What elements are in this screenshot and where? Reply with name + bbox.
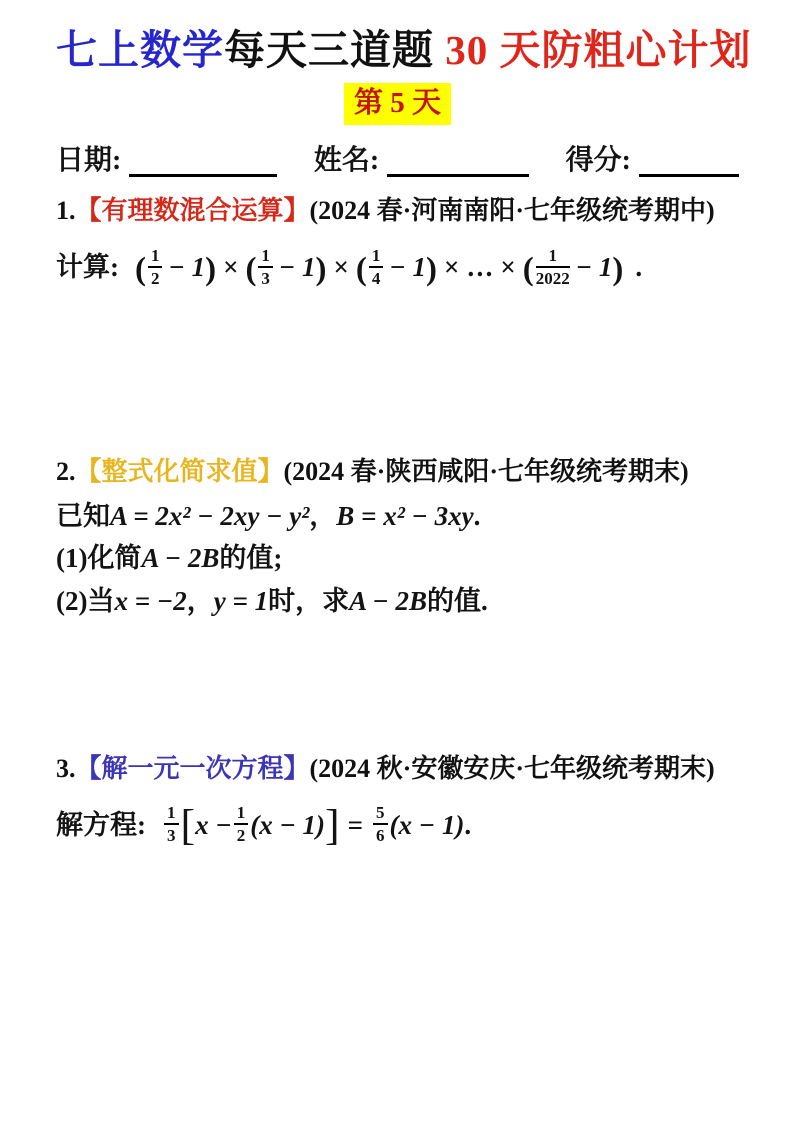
part-2-suffix: 的值.	[427, 586, 488, 616]
period: .	[635, 252, 642, 282]
close-paren: )	[612, 252, 623, 288]
fraction-numerator: 1	[148, 246, 163, 268]
open-paren: (	[356, 252, 367, 288]
score-label: 得分:	[566, 145, 631, 177]
fraction-1-4: 14	[369, 246, 384, 288]
times-sign: ×	[444, 252, 459, 282]
period: .	[464, 810, 471, 840]
fraction-numerator: 1	[164, 803, 179, 825]
times-sign: ×	[334, 252, 349, 282]
left-square-bracket: [	[181, 801, 196, 849]
problem-1: 1.【有理数混合运算】(2024 春·河南南阳·七年级统考期中) 计算:(12−…	[56, 193, 739, 294]
expression-a: A = 2x² − 2xy − y²	[110, 501, 309, 531]
title-part-red: 30 天防粗心计划	[445, 27, 751, 73]
fraction-denominator: 4	[369, 268, 384, 288]
fraction-5-6: 56	[373, 803, 388, 845]
problem-2-part-1: (1)化简A − 2B的值;	[56, 537, 739, 580]
close-paren: )	[316, 252, 327, 288]
minus-one: − 1	[389, 252, 426, 282]
times-sign: ×	[500, 252, 515, 282]
fraction-numerator: 1	[234, 803, 249, 825]
part-2-middle: 时，求	[268, 586, 349, 616]
problem-1-tag: 【有理数混合运算】	[76, 196, 310, 225]
date-label: 日期:	[56, 145, 121, 177]
expression-b: B = x² − 3xy	[336, 501, 473, 531]
score-field: 得分:	[566, 145, 739, 177]
part-1-expression: A − 2B	[141, 543, 219, 573]
fraction-numerator: 5	[373, 803, 388, 825]
problem-2-given: 已知A = 2x² − 2xy − y²，B = x² − 3xy.	[56, 495, 739, 538]
close-paren: )	[205, 252, 216, 288]
fraction-denominator: 6	[373, 825, 388, 845]
name-blank-line	[387, 147, 529, 177]
equals-sign: =	[348, 810, 363, 840]
fraction-numerator: 1	[369, 246, 384, 268]
problem-1-expression: 计算:(12− 1)×(13− 1)×(14− 1)×…×(12022− 1).	[56, 240, 739, 294]
fraction-1-2022: 12022	[536, 246, 570, 288]
day-badge-row: 第 5 天	[56, 83, 739, 125]
problem-2-header: 2.【整式化简求值】(2024 春·陕西咸阳·七年级统考期末)	[56, 454, 739, 489]
open-paren: (	[245, 252, 256, 288]
problem-1-prompt: 计算:	[56, 252, 119, 282]
x-value: x = −2	[114, 586, 186, 616]
problem-2-tag: 【整式化简求值】	[76, 457, 284, 486]
problem-1-source: (2024 春·河南南阳·七年级统考期中)	[310, 196, 715, 225]
problem-3-tag: 【解一元一次方程】	[76, 754, 310, 783]
problem-3-equation: 解方程:13[x −12(x − 1)]=56(x − 1).	[56, 798, 739, 852]
ellipsis: …	[466, 252, 493, 282]
header-fields: 日期: 姓名: 得分:	[56, 145, 739, 177]
problem-3: 3.【解一元一次方程】(2024 秋·安徽安庆·七年级统考期末) 解方程:13[…	[56, 751, 739, 852]
problem-3-number: 3.	[56, 754, 76, 783]
x-minus-term: x −	[195, 810, 232, 840]
fraction-1-3: 13	[164, 803, 179, 845]
problem-2-source: (2024 春·陕西咸阳·七年级统考期末)	[284, 457, 689, 486]
x-minus-1-group: (x − 1)	[250, 810, 325, 840]
minus-one: − 1	[279, 252, 316, 282]
part-2-prefix: (2)当	[56, 586, 114, 616]
close-paren: )	[426, 252, 437, 288]
fraction-1-3: 13	[258, 246, 273, 288]
problem-1-number: 1.	[56, 196, 76, 225]
minus-one: − 1	[168, 252, 205, 282]
score-blank-line	[639, 147, 739, 177]
x-minus-1-group: (x − 1)	[390, 810, 465, 840]
part-2-expression: A − 2B	[349, 586, 427, 616]
fraction-1-2: 12	[234, 803, 249, 845]
times-sign: ×	[223, 252, 238, 282]
comma: ，	[309, 501, 336, 531]
comma: ，	[187, 586, 214, 616]
fraction-denominator: 3	[258, 268, 273, 288]
problem-2-number: 2.	[56, 457, 76, 486]
period: .	[474, 501, 481, 531]
date-field: 日期:	[56, 145, 277, 177]
worksheet-page: 七上数学每天三道题 30 天防粗心计划 第 5 天 日期: 姓名: 得分: 1.…	[0, 0, 793, 1122]
fraction-numerator: 1	[258, 246, 273, 268]
title-part-black: 每天三道题	[224, 27, 445, 73]
fraction-numerator: 1	[536, 246, 570, 268]
name-label: 姓名:	[314, 145, 379, 177]
problem-2-part-2: (2)当x = −2，y = 1时，求A − 2B的值.	[56, 580, 739, 623]
problem-3-header: 3.【解一元一次方程】(2024 秋·安徽安庆·七年级统考期末)	[56, 751, 739, 786]
date-blank-line	[129, 147, 277, 177]
open-paren: (	[135, 252, 146, 288]
day-badge: 第 5 天	[344, 83, 451, 125]
fraction-1-2: 12	[148, 246, 163, 288]
fraction-denominator: 2	[234, 825, 249, 845]
minus-one: − 1	[576, 252, 613, 282]
given-label: 已知	[56, 501, 110, 531]
page-title: 七上数学每天三道题 30 天防粗心计划	[56, 24, 739, 76]
fraction-denominator: 2	[148, 268, 163, 288]
name-field: 姓名:	[314, 145, 529, 177]
problem-3-prompt: 解方程:	[56, 810, 146, 840]
fraction-denominator: 2022	[536, 268, 570, 288]
part-1-suffix: 的值;	[219, 543, 282, 573]
problem-1-header: 1.【有理数混合运算】(2024 春·河南南阳·七年级统考期中)	[56, 193, 739, 228]
part-1-prefix: (1)化简	[56, 543, 141, 573]
problem-2: 2.【整式化简求值】(2024 春·陕西咸阳·七年级统考期末) 已知A = 2x…	[56, 454, 739, 622]
problem-3-source: (2024 秋·安徽安庆·七年级统考期末)	[310, 754, 715, 783]
right-square-bracket: ]	[325, 801, 340, 849]
y-value: y = 1	[214, 586, 268, 616]
open-paren: (	[523, 252, 534, 288]
title-part-blue: 七上数学	[56, 27, 224, 73]
fraction-denominator: 3	[164, 825, 179, 845]
